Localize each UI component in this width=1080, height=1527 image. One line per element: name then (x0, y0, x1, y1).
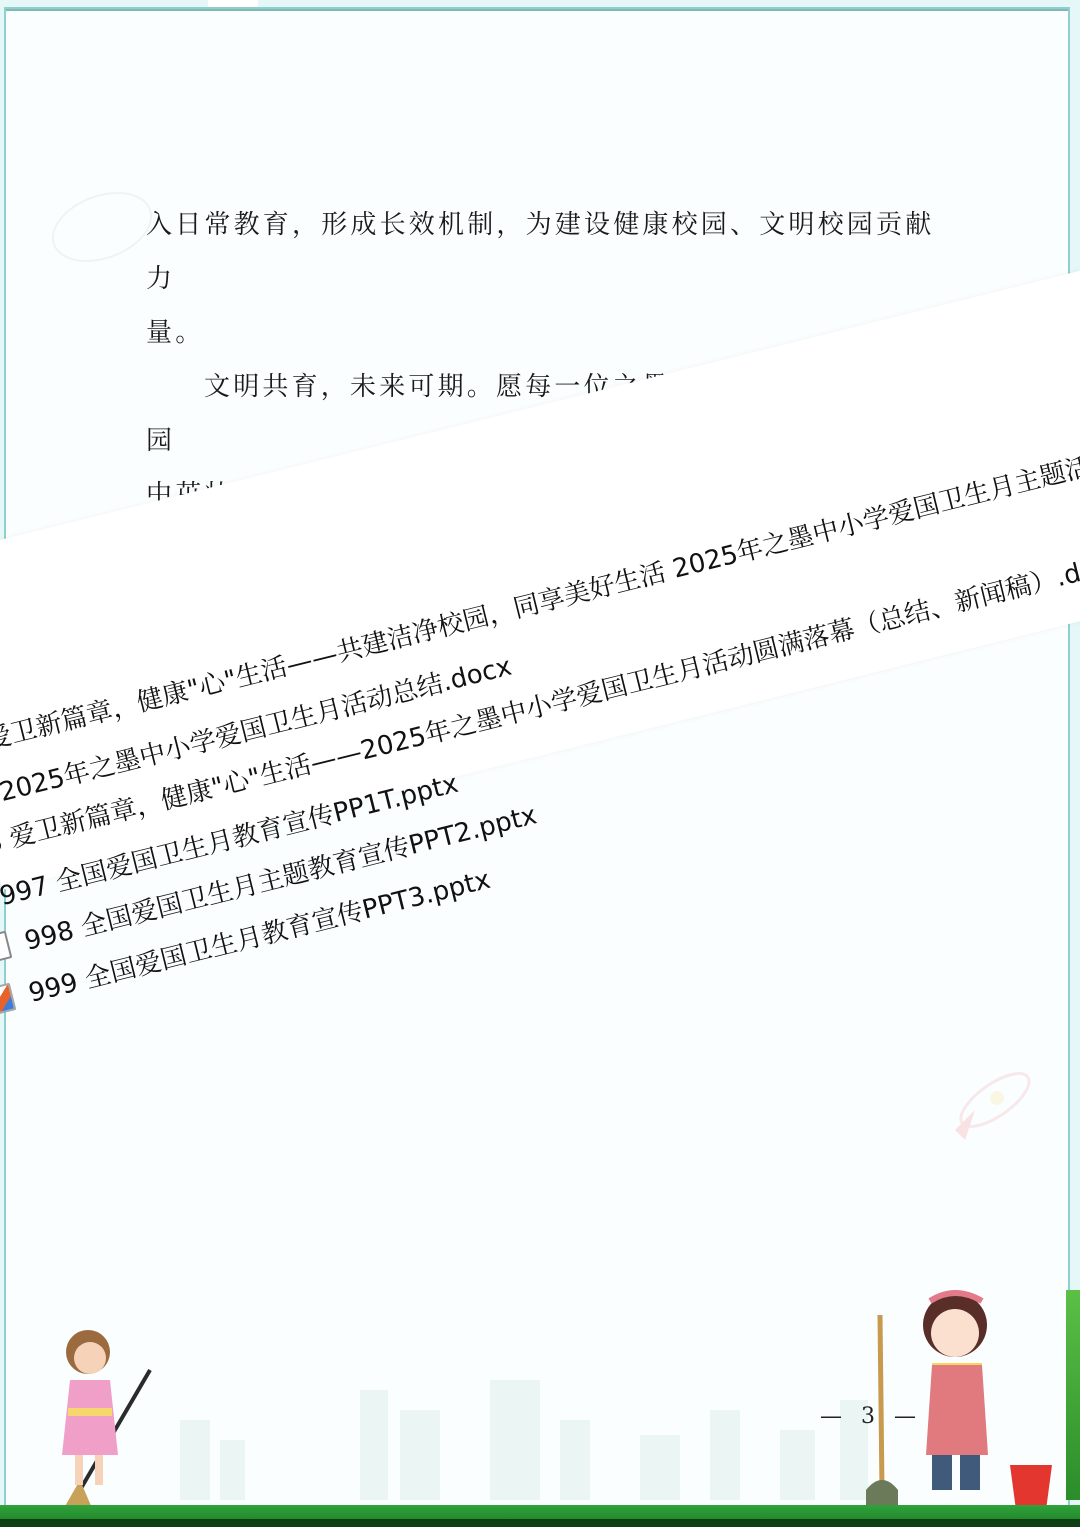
tree-foliage-decoration (1066, 1290, 1080, 1500)
girl-sweeping-illustration (40, 1320, 160, 1515)
doc-file-icon (0, 931, 12, 963)
girl-with-mop-illustration (860, 1285, 1060, 1510)
page-number: — 3 — (820, 1404, 922, 1429)
city-skyline-background (60, 1380, 980, 1500)
rocket-decoration-icon (935, 1060, 1045, 1150)
ground-shadow (0, 1519, 1080, 1527)
pptx-file-icon (0, 983, 16, 1015)
paragraph-line: 入日常教育，形成长效机制，为建设健康校园、文明校园贡献力 (146, 198, 946, 306)
frame-top-line (6, 9, 1068, 11)
